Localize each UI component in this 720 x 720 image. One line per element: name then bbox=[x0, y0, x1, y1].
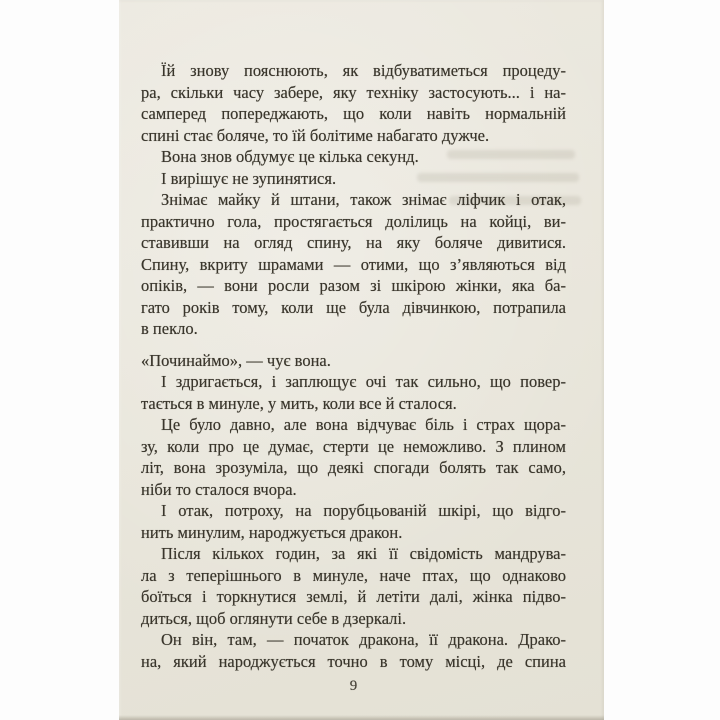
text-line: спині стає боляче, то їй болітиме набага… bbox=[141, 125, 566, 147]
text-line: Після кількох годин, за які її свідоміст… bbox=[141, 543, 566, 565]
paragraph: Їй знову пояснюють, як відбуватиметься п… bbox=[141, 60, 566, 146]
paragraph: Після кількох годин, за які її свідоміст… bbox=[141, 543, 566, 629]
text-line: Знімає майку й штани, також знімає ліфчи… bbox=[141, 189, 566, 211]
text-line: диться, щоб оглянути себе в дзеркалі. bbox=[141, 608, 566, 630]
text-line: гато років тому, коли ще була дівчинкою,… bbox=[141, 297, 566, 319]
text-line: Спину, вкриту шрамами — отими, що з’явля… bbox=[141, 254, 566, 276]
text-line: тається в минуле, у мить, коли все й ста… bbox=[141, 393, 566, 415]
text-line: Он він, там, — початок дракона, її драко… bbox=[141, 629, 566, 651]
page-text: Їй знову пояснюють, як відбуватиметься п… bbox=[141, 60, 566, 672]
paragraph: І отак, потроху, на порубцьованій шкірі,… bbox=[141, 500, 566, 543]
text-line: І отак, потроху, на порубцьованій шкірі,… bbox=[141, 500, 566, 522]
paragraph: І вирішує не зупинятися. bbox=[141, 168, 566, 190]
text-line: Їй знову пояснюють, як відбуватиметься п… bbox=[141, 60, 566, 82]
text-line: ніби то сталося вчора. bbox=[141, 479, 566, 501]
text-line: самперед попереджають, що коли навіть но… bbox=[141, 103, 566, 125]
text-line: ла з теперішнього в минуле, наче птах, щ… bbox=[141, 565, 566, 587]
text-line: нить минулим, народжується дракон. bbox=[141, 522, 566, 544]
paragraph: «Починаймо», — чує вона. bbox=[141, 350, 566, 372]
text-line: І вирішує не зупинятися. bbox=[141, 168, 566, 190]
text-line: Це було давно, але вона відчуває біль і … bbox=[141, 414, 566, 436]
book-page: Їй знову пояснюють, як відбуватиметься п… bbox=[119, 0, 604, 720]
text-line: опіків, — вони росли разом зі шкірою жін… bbox=[141, 275, 566, 297]
text-line: «Починаймо», — чує вона. bbox=[141, 350, 566, 372]
text-line: практично гола, простягається долілиць н… bbox=[141, 211, 566, 233]
text-line: ра, скільки часу забере, яку техніку зас… bbox=[141, 82, 566, 104]
paragraph: Знімає майку й штани, також знімає ліфчи… bbox=[141, 189, 566, 340]
text-line: зу, коли про це думає, стерти це неможли… bbox=[141, 436, 566, 458]
text-line: боїться і торкнутися землі, й летіти дал… bbox=[141, 586, 566, 608]
paragraph: Он він, там, — початок дракона, її драко… bbox=[141, 629, 566, 672]
paragraph: Це було давно, але вона відчуває біль і … bbox=[141, 414, 566, 500]
text-line: І здригається, і заплющує очі так сильно… bbox=[141, 371, 566, 393]
page-number: 9 bbox=[141, 678, 566, 695]
text-line: ставивши на огляд спину, на яку боляче д… bbox=[141, 232, 566, 254]
paragraph: Вона знов обдумує це кілька секунд. bbox=[141, 146, 566, 168]
text-line: літ, вона зрозуміла, що деякі спогади бо… bbox=[141, 457, 566, 479]
paragraph: І здригається, і заплющує очі так сильно… bbox=[141, 371, 566, 414]
text-line: Вона знов обдумує це кілька секунд. bbox=[141, 146, 566, 168]
text-line: на, який народжується точно в тому місці… bbox=[141, 651, 566, 673]
book-photo: Їй знову пояснюють, як відбуватиметься п… bbox=[0, 0, 720, 720]
text-line: в пекло. bbox=[141, 318, 566, 340]
